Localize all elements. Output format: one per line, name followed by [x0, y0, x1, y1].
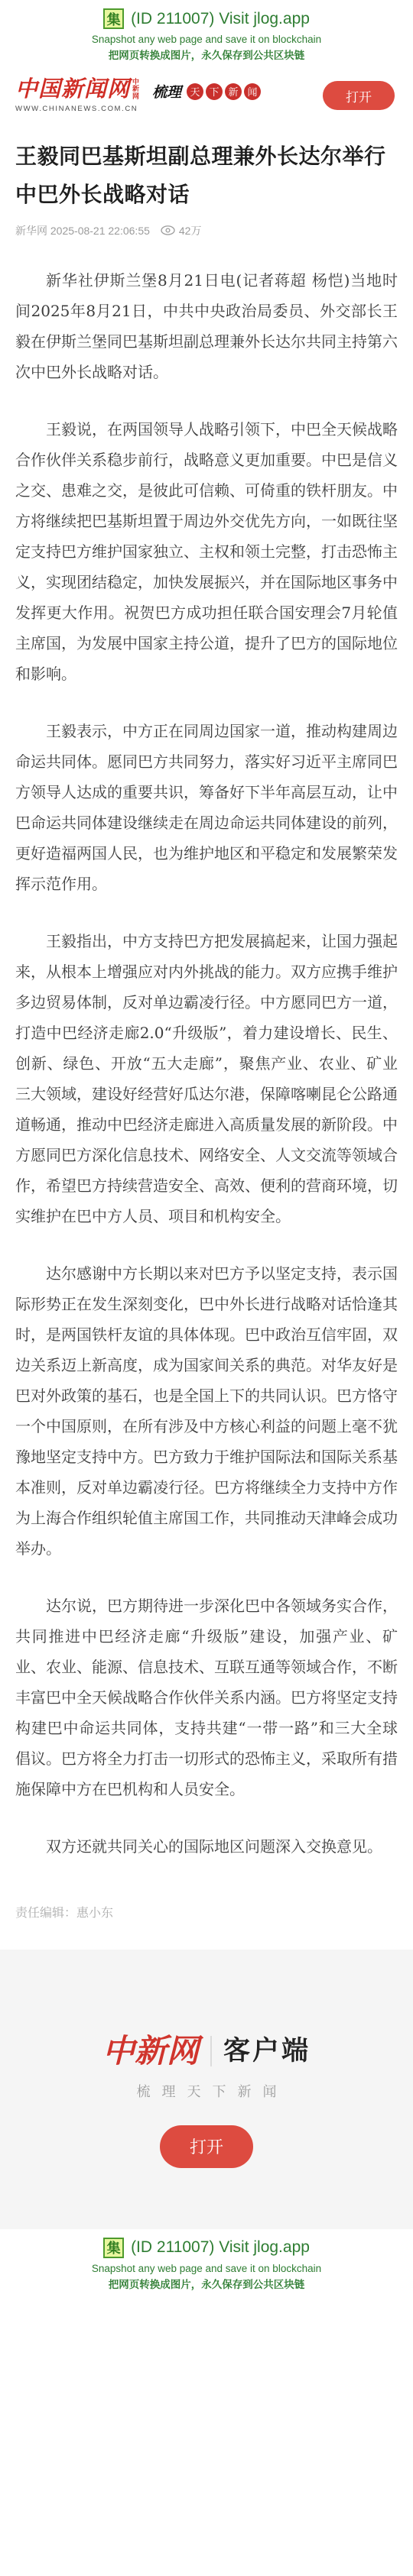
article-paragraph: 王毅指出，中方支持巴方把发展搞起来，让国力强起来，从根本上增强应对内外挑战的能力…	[15, 926, 398, 1231]
footer-logo-divider	[210, 2036, 212, 2066]
article-paragraph: 达尔感谢中方长期以来对巴方予以坚定支持，表示国际形势正在发生深刻变化，巴中外长进…	[15, 1258, 398, 1564]
footer-logo-cn: 中新网	[102, 2035, 199, 2067]
article-paragraph: 新华社伊斯兰堡8月21日电(记者蒋超 杨恺)当地时间2025年8月21日，中共中…	[15, 265, 398, 387]
article-source: 新华网	[15, 223, 47, 238]
open-app-button-bottom[interactable]: 打开	[160, 2125, 253, 2168]
article-paragraph: 双方还就共同关心的国际地区问题深入交换意见。	[15, 1831, 398, 1862]
chinanews-logo-text: 中国新闻网	[15, 78, 130, 100]
footer-logo-client: 客户端	[223, 2037, 311, 2064]
view-counter: 42万	[161, 223, 202, 238]
tagline-circle-4: 闻	[244, 83, 261, 100]
jlog-badge-icon: 集	[103, 2238, 124, 2258]
jlog-banner-title[interactable]: (ID 211007) Visit jlog.app	[131, 10, 310, 28]
tagline: 梳理 天 下 新 闻	[152, 81, 261, 102]
view-count: 42万	[179, 223, 202, 238]
jlog-banner-bottom[interactable]: 集 (ID 211007) Visit jlog.app Snapshot an…	[0, 2229, 413, 2298]
tagline-prefix: 梳理	[152, 81, 181, 102]
jlog-banner-title[interactable]: (ID 211007) Visit jlog.app	[131, 2238, 310, 2257]
chinanews-url: WWW.CHINANEWS.COM.CN	[15, 105, 140, 113]
article: 王毅同巴基斯坦副总理兼外长达尔举行中巴外长战略对话 新华网 2025-08-21…	[0, 138, 413, 1950]
tagline-circle-1: 天	[187, 83, 203, 100]
article-body: 新华社伊斯兰堡8月21日电(记者蒋超 杨恺)当地时间2025年8月21日，中共中…	[15, 265, 398, 1862]
jlog-banner-subtitle-cn: 把网页转换成图片，永久保存到公共区块链	[0, 47, 413, 62]
jlog-banner-subtitle-cn: 把网页转换成图片，永久保存到公共区块链	[0, 2276, 413, 2291]
article-timestamp: 2025-08-21 22:06:55	[50, 225, 150, 237]
article-paragraph: 王毅表示，中方正在同周边国家一道，推动构建周边命运共同体。愿同巴方共同努力，落实…	[15, 716, 398, 899]
footer-logo: 中新网 客户端	[0, 2035, 413, 2067]
tagline-circle-3: 新	[225, 83, 242, 100]
footer-tagline: 梳理天下新闻	[0, 2081, 413, 2101]
app-download-footer: 中新网 客户端 梳理天下新闻 打开	[0, 1950, 413, 2229]
article-paragraph: 达尔说，巴方期待进一步深化巴中各领域务实合作，共同推进中巴经济走廊“升级版”建设…	[15, 1591, 398, 1804]
site-header: 中国新闻网 中新网 WWW.CHINANEWS.COM.CN 梳理 天 下 新 …	[0, 69, 413, 127]
jlog-banner-top[interactable]: 集 (ID 211007) Visit jlog.app Snapshot an…	[0, 0, 413, 69]
chinanews-logo-seal: 中新网	[132, 79, 140, 100]
tagline-circle-2: 下	[206, 83, 223, 100]
article-paragraph: 王毅说，在两国领导人战略引领下，中巴全天候战略合作伙伴关系稳步前行，战略意义更加…	[15, 414, 398, 689]
eye-icon	[161, 225, 175, 235]
jlog-banner-subtitle-en: Snapshot any web page and save it on blo…	[0, 34, 413, 45]
editor-line: 责任编辑：惠小东	[15, 1903, 398, 1950]
article-meta: 新华网 2025-08-21 22:06:55 42万	[15, 223, 398, 238]
open-app-button-top[interactable]: 打开	[323, 81, 395, 110]
jlog-banner-subtitle-en: Snapshot any web page and save it on blo…	[0, 2263, 413, 2274]
jlog-badge-icon: 集	[103, 8, 124, 29]
article-title: 王毅同巴基斯坦副总理兼外长达尔举行中巴外长战略对话	[15, 138, 398, 214]
